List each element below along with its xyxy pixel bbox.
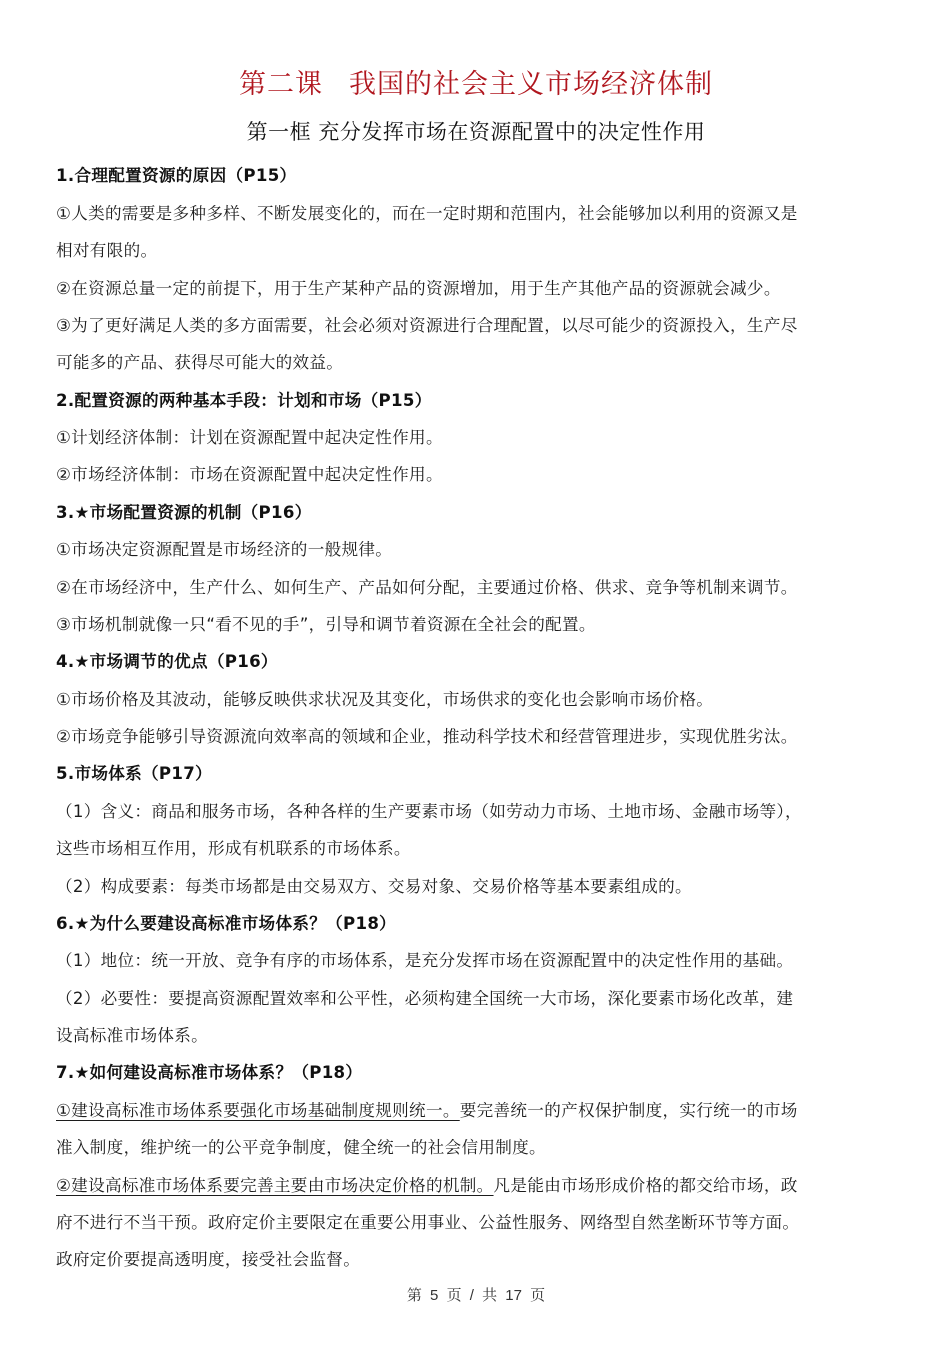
- section-subtitle: 第一框 充分发挥市场在资源配置中的决定性作用: [0, 116, 952, 146]
- paragraph-line: 相对有限的。: [56, 239, 157, 263]
- section-heading-7: 7.★如何建设高标准市场体系？（P18）: [56, 1061, 362, 1085]
- paragraph-line: （1）含义：商品和服务市场，各种各样的生产要素市场（如劳动力市场、土地市场、金融…: [56, 800, 802, 824]
- lesson-name: 我国的社会主义市场经济体制: [349, 69, 713, 100]
- section-heading-1: 1.合理配置资源的原因（P15）: [56, 164, 296, 188]
- paragraph-line: ①建设高标准市场体系要强化市场基础制度规则统一。要完善统一的产权保护制度，实行统…: [56, 1099, 798, 1123]
- section-heading-3: 3.★市场配置资源的机制（P16）: [56, 501, 312, 525]
- paragraph-line: ②在市场经济中，生产什么、如何生产、产品如何分配，主要通过价格、供求、竞争等机制…: [56, 576, 798, 600]
- page-number-footer: 第 5 页 / 共 17 页: [0, 1284, 952, 1305]
- underlined-key-point: ①建设高标准市场体系要强化市场基础制度规则统一。: [56, 1101, 460, 1120]
- paragraph-line: ②市场经济体制：市场在资源配置中起决定性作用。: [56, 463, 443, 487]
- section-heading-4: 4.★市场调节的优点（P16）: [56, 650, 278, 674]
- lesson-number: 第二课: [239, 69, 323, 100]
- document-page: 第二课我国的社会主义市场经济体制 第一框 充分发挥市场在资源配置中的决定性作用 …: [0, 0, 952, 1347]
- paragraph-line: （2）必要性：要提高资源配置效率和公平性，必须构建全国统一大市场，深化要素市场化…: [56, 987, 793, 1011]
- paragraph-line: 设高标准市场体系。: [56, 1024, 208, 1048]
- paragraph-line: ②在资源总量一定的前提下，用于生产某种产品的资源增加，用于生产其他产品的资源就会…: [56, 277, 781, 301]
- paragraph-line: ①人类的需要是多种多样、不断发展变化的，而在一定时期和范围内，社会能够加以利用的…: [56, 202, 798, 226]
- paragraph-line: 这些市场相互作用，形成有机联系的市场体系。: [56, 837, 411, 861]
- paragraph-line: 府不进行不当干预。政府定价主要限定在重要公用事业、公益性服务、网络型自然垄断环节…: [56, 1211, 799, 1235]
- underlined-key-point: ②建设高标准市场体系要完善主要由市场决定价格的机制。: [56, 1176, 494, 1195]
- paragraph-line: ①市场价格及其波动，能够反映供求状况及其变化，市场供求的变化也会影响市场价格。: [56, 688, 713, 712]
- section-heading-6: 6.★为什么要建设高标准市场体系？（P18）: [56, 912, 396, 936]
- section-heading-2: 2.配置资源的两种基本手段：计划和市场（P15）: [56, 389, 432, 413]
- section-heading-5: 5.市场体系（P17）: [56, 762, 212, 786]
- paragraph-line: ③市场机制就像一只“看不见的手”，引导和调节着资源在全社会的配置。: [56, 613, 596, 637]
- paragraph-line: 政府定价要提高透明度，接受社会监督。: [56, 1248, 360, 1272]
- paragraph-line: （1）地位：统一开放、竞争有序的市场体系，是充分发挥市场在资源配置中的决定性作用…: [56, 949, 793, 973]
- paragraph-line: 准入制度，维护统一的公平竞争制度，健全统一的社会信用制度。: [56, 1136, 546, 1160]
- paragraph-line: ②市场竞争能够引导资源流向效率高的领域和企业，推动科学技术和经营管理进步，实现优…: [56, 725, 798, 749]
- paragraph-line: ①市场决定资源配置是市场经济的一般规律。: [56, 538, 392, 562]
- paragraph-text: 要完善统一的产权保护制度，实行统一的市场: [460, 1101, 798, 1120]
- paragraph-line: ②建设高标准市场体系要完善主要由市场决定价格的机制。凡是能由市场形成价格的都交给…: [56, 1174, 798, 1198]
- paragraph-line: 可能多的产品、获得尽可能大的效益。: [56, 351, 343, 375]
- paragraph-line: ③为了更好满足人类的多方面需要，社会必须对资源进行合理配置，以尽可能少的资源投入…: [56, 314, 798, 338]
- lesson-title: 第二课我国的社会主义市场经济体制: [0, 62, 952, 101]
- paragraph-line: ①计划经济体制：计划在资源配置中起决定性作用。: [56, 426, 443, 450]
- paragraph-text: 凡是能由市场形成价格的都交给市场，政: [494, 1176, 798, 1195]
- paragraph-line: （2）构成要素：每类市场都是由交易双方、交易对象、交易价格等基本要素组成的。: [56, 875, 692, 899]
